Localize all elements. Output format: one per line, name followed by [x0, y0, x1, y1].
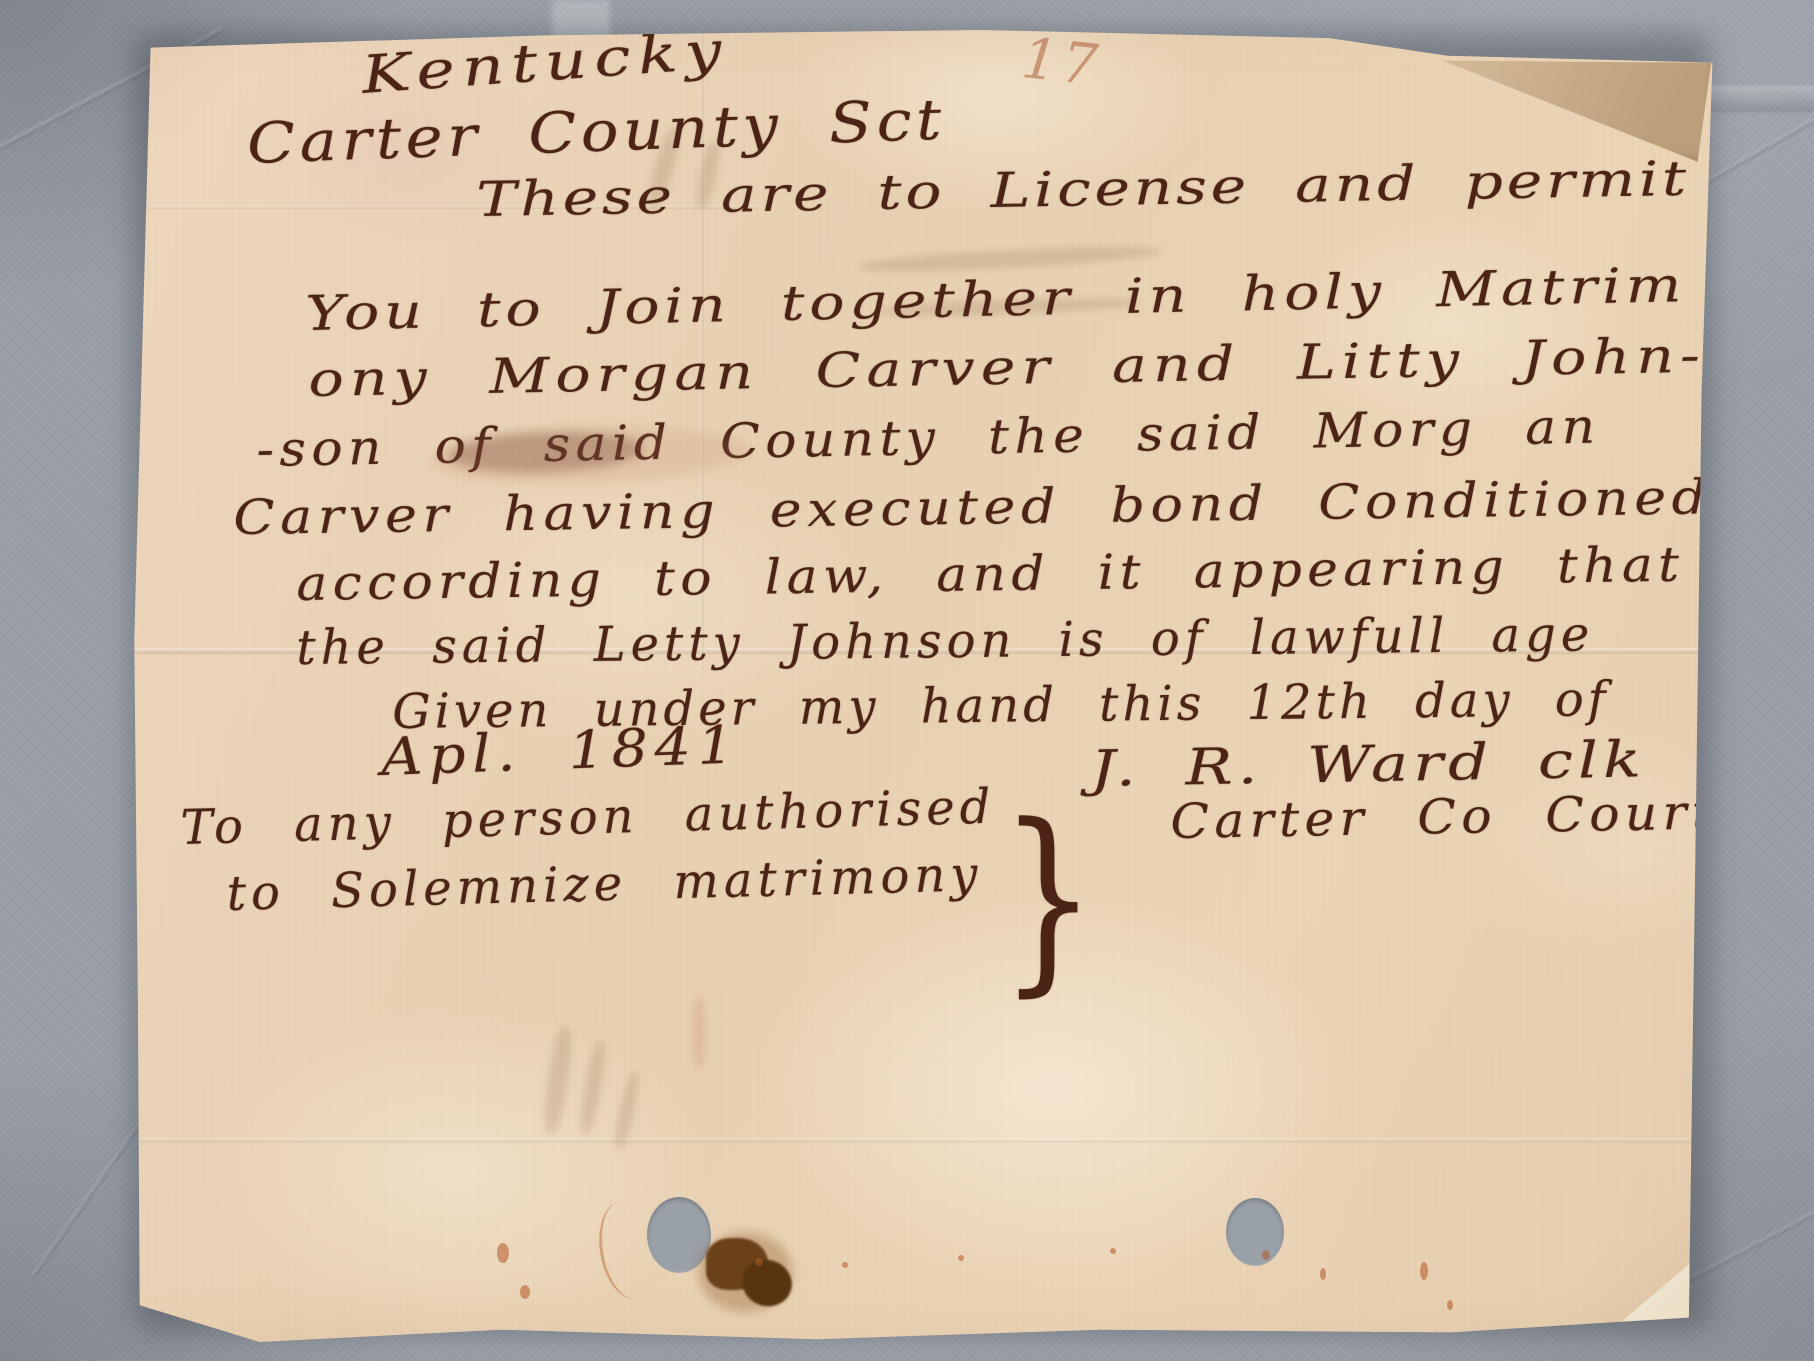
handwritten-line-addressee: to Solemnize matrimony: [226, 846, 983, 922]
punch-hole: [1226, 1198, 1284, 1266]
handwritten-line: Carver having executed bond Conditioned: [233, 469, 1712, 546]
handwritten-line: ony Morgan Carver and Litty John-: [308, 328, 1706, 408]
bleedthrough-mark: [692, 995, 706, 1070]
bleedthrough-mark: [612, 1069, 642, 1150]
folded-corner: [1440, 54, 1714, 164]
rust-speck: [520, 1285, 530, 1299]
surface-seam: [1705, 60, 1814, 184]
document-paper: 17 Kentucky Carter County Sct These are …: [0, 0, 1814, 1361]
rust-speck: [1447, 1300, 1453, 1310]
court-name: Carter Co Court: [1170, 784, 1718, 850]
curly-brace-mark: }: [1000, 782, 1096, 1014]
handwritten-line: You to Join together in holy Matrim: [305, 257, 1687, 342]
rust-speck: [497, 1243, 509, 1263]
bleedthrough-mark: [577, 1039, 609, 1135]
handwritten-date: Apl. 1841: [380, 715, 741, 788]
handwritten-line-addressee: To any person authorised: [180, 779, 996, 856]
rust-speck: [842, 1262, 848, 1268]
rust-speck: [1262, 1250, 1270, 1260]
page-number-mark: 17: [1019, 26, 1105, 99]
rust-speck: [1320, 1268, 1326, 1280]
bleedthrough-mark: [540, 1024, 575, 1136]
rust-speck: [1110, 1248, 1116, 1254]
rust-speck: [958, 1255, 964, 1261]
handwritten-line: according to law, and it appearing that: [296, 537, 1685, 612]
handwritten-line-county-heading: Carter County Sct: [246, 88, 947, 177]
rust-speck: [755, 1258, 763, 1266]
fold-crease: [130, 1138, 1700, 1143]
photograph-scene: 17 Kentucky Carter County Sct These are …: [0, 0, 1814, 1361]
rust-speck: [1420, 1262, 1428, 1280]
handwritten-line: the said Letty Johnson is of lawfull age: [296, 606, 1594, 676]
